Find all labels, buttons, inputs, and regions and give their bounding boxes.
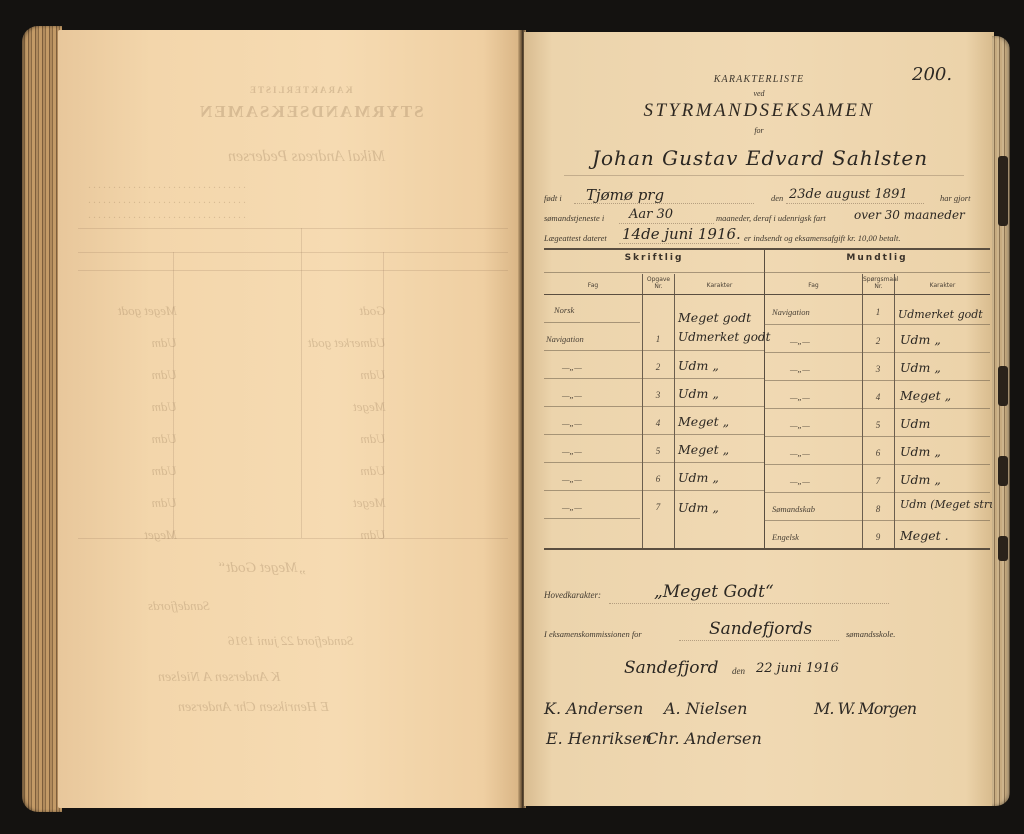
col-karakter-oral: Karakter [895, 282, 990, 289]
oral-nr: 4 [868, 392, 888, 402]
ghost-grades-left: Meget godtUdmUdmUdmUdmUdmUdmMeget [118, 295, 177, 551]
oral-karakter: Udmerket godt [898, 308, 983, 321]
date: 22 juni 1916 [756, 661, 839, 676]
written-karakter: Meget „ [678, 414, 729, 429]
born-label: født i [544, 193, 562, 203]
born-date-label: den [771, 193, 783, 203]
ghost-date: Sandefjord 22 juni 1916 [228, 633, 354, 649]
written-karakter: Meget „ [678, 442, 729, 457]
oral-karakter: Udm „ [900, 444, 941, 459]
written-fag: Navigation [546, 334, 584, 344]
col-fag-oral: Fag [765, 282, 862, 289]
written-karakter: Udm „ [678, 358, 719, 373]
ghost-signatures: E Henriksen Chr Andersen [178, 700, 329, 716]
written-karakter: Udm „ [678, 470, 719, 485]
signature: A. Nielsen [664, 699, 747, 718]
oral-nr: 1 [868, 307, 888, 317]
service-foreign: over 30 maaneder [854, 208, 965, 222]
oral-fag: —„— [790, 420, 810, 430]
oral-nr: 6 [868, 448, 888, 458]
oral-nr: 5 [868, 420, 888, 430]
written-heading: Skriftlig [544, 253, 764, 263]
oral-nr: 2 [868, 336, 888, 346]
right-page-edges [992, 36, 1010, 806]
service-label: sømandstjeneste i [544, 213, 604, 223]
cert-label: Lægeattest dateret [544, 233, 607, 243]
main-grade: „Meget Godt“ [654, 582, 774, 602]
born-date: 23de august 1891 [789, 187, 908, 202]
ghost-grades-right: GodtUdmerket godtUdmMegetUdmUdmMegetUdm [308, 295, 386, 551]
written-nr: 5 [648, 446, 668, 456]
written-nr: 7 [648, 502, 668, 512]
commission-suffix: sømandsskole. [846, 629, 895, 639]
oral-karakter: Udm „ [900, 332, 941, 347]
ghost-name: Mikal Andreas Pedersen [228, 148, 385, 166]
ghost-title: STYRMANDSEKSAMEN [198, 102, 424, 122]
written-nr: 4 [648, 418, 668, 428]
written-fag: —„— [562, 474, 582, 484]
written-fag: Norsk [554, 305, 574, 315]
ghost-line: . . . . . . . . . . . . . . . . . . . . … [88, 195, 246, 206]
ghost-line: . . . . . . . . . . . . . . . . . . . . … [88, 180, 246, 191]
born-place: Tjømø prg [586, 186, 664, 204]
col-nr-written: Opgave Nr. [643, 276, 674, 290]
oral-nr: 7 [868, 476, 888, 486]
written-fag: —„— [562, 502, 582, 512]
oral-fag: Engelsk [772, 532, 799, 542]
oral-karakter: Meget „ [900, 388, 951, 403]
header-karakterliste: KARAKTERLISTE [524, 74, 994, 85]
open-book: KARAKTERLISTE STYRMANDSEKSAMEN Mikal And… [22, 26, 1010, 812]
oral-nr: 9 [868, 532, 888, 542]
cert-suffix: er indsendt og eksamensafgift kr. 10,00 … [744, 233, 901, 243]
ghost-signatures: K Andersen A Nielsen [158, 670, 281, 686]
signature: E. Henriksen [546, 729, 652, 748]
born-suffix: har gjort [940, 193, 970, 203]
col-karakter-written: Karakter [675, 282, 764, 289]
oral-nr: 3 [868, 364, 888, 374]
header-ved: ved [524, 89, 994, 98]
right-page: 200. KARAKTERLISTE ved STYRMANDSEKSAMEN … [524, 32, 994, 806]
ghost-commission: Sandefjords [148, 598, 210, 614]
oral-karakter: Udm (Meget struck) „ [900, 498, 994, 511]
grades-table: Skriftlig Mundtlig Fag Opgave Nr. Karakt… [544, 250, 990, 550]
oral-fag: —„— [790, 476, 810, 486]
commission-label: I eksamenskommissionen for [544, 629, 642, 639]
signature: Chr. Andersen [646, 729, 762, 748]
cert-date: 14de juni 1916. [622, 225, 741, 243]
left-page: KARAKTERLISTE STYRMANDSEKSAMEN Mikal And… [58, 30, 520, 808]
written-karakter: Meget godt [678, 310, 751, 325]
oral-fag: —„— [790, 448, 810, 458]
written-karakter: Udm „ [678, 386, 719, 401]
header-for: for [524, 126, 994, 135]
ghost-line: . . . . . . . . . . . . . . . . . . . . … [88, 210, 246, 221]
oral-karakter: Meget . [900, 528, 949, 543]
oral-nr: 8 [868, 504, 888, 514]
date-label: den [732, 666, 745, 676]
signature: K. Andersen [544, 699, 643, 718]
ghost-main-grade: „Meget Godt“ [218, 560, 306, 577]
page-title: STYRMANDSEKSAMEN [524, 100, 994, 122]
written-nr: 6 [648, 474, 668, 484]
written-nr: 3 [648, 390, 668, 400]
oral-karakter: Udm „ [900, 360, 941, 375]
left-page-edges [22, 26, 62, 812]
oral-karakter: Udm „ [900, 472, 941, 487]
written-nr: 1 [648, 334, 668, 344]
candidate-name: Johan Gustav Edvard Sahlsten [592, 146, 928, 170]
service-value: Aar 30 [629, 207, 673, 222]
ghost-header: KARAKTERLISTE [248, 85, 353, 95]
oral-heading: Mundtlig [764, 253, 990, 263]
place: Sandefjord [624, 658, 718, 678]
col-nr-oral: Spørgsmaal Nr. [863, 276, 894, 290]
service-mid: maaneder, deraf i udenrigsk fart [716, 213, 826, 223]
main-grade-label: Hovedkarakter: [544, 590, 601, 600]
written-nr: 2 [648, 362, 668, 372]
commission-school: Sandefjords [709, 619, 812, 639]
written-fag: —„— [562, 362, 582, 372]
oral-fag: Sømandskab [772, 504, 815, 514]
oral-fag: —„— [790, 392, 810, 402]
written-fag: —„— [562, 390, 582, 400]
oral-fag: —„— [790, 364, 810, 374]
written-karakter: Udmerket godt [678, 330, 770, 344]
signature: M. W. Morgen [814, 699, 916, 718]
oral-fag: —„— [790, 336, 810, 346]
written-karakter: Udm „ [678, 500, 719, 515]
written-fag: —„— [562, 418, 582, 428]
oral-karakter: Udm [900, 416, 930, 431]
oral-fag: Navigation [772, 307, 810, 317]
written-fag: —„— [562, 446, 582, 456]
col-fag-written: Fag [544, 282, 642, 289]
